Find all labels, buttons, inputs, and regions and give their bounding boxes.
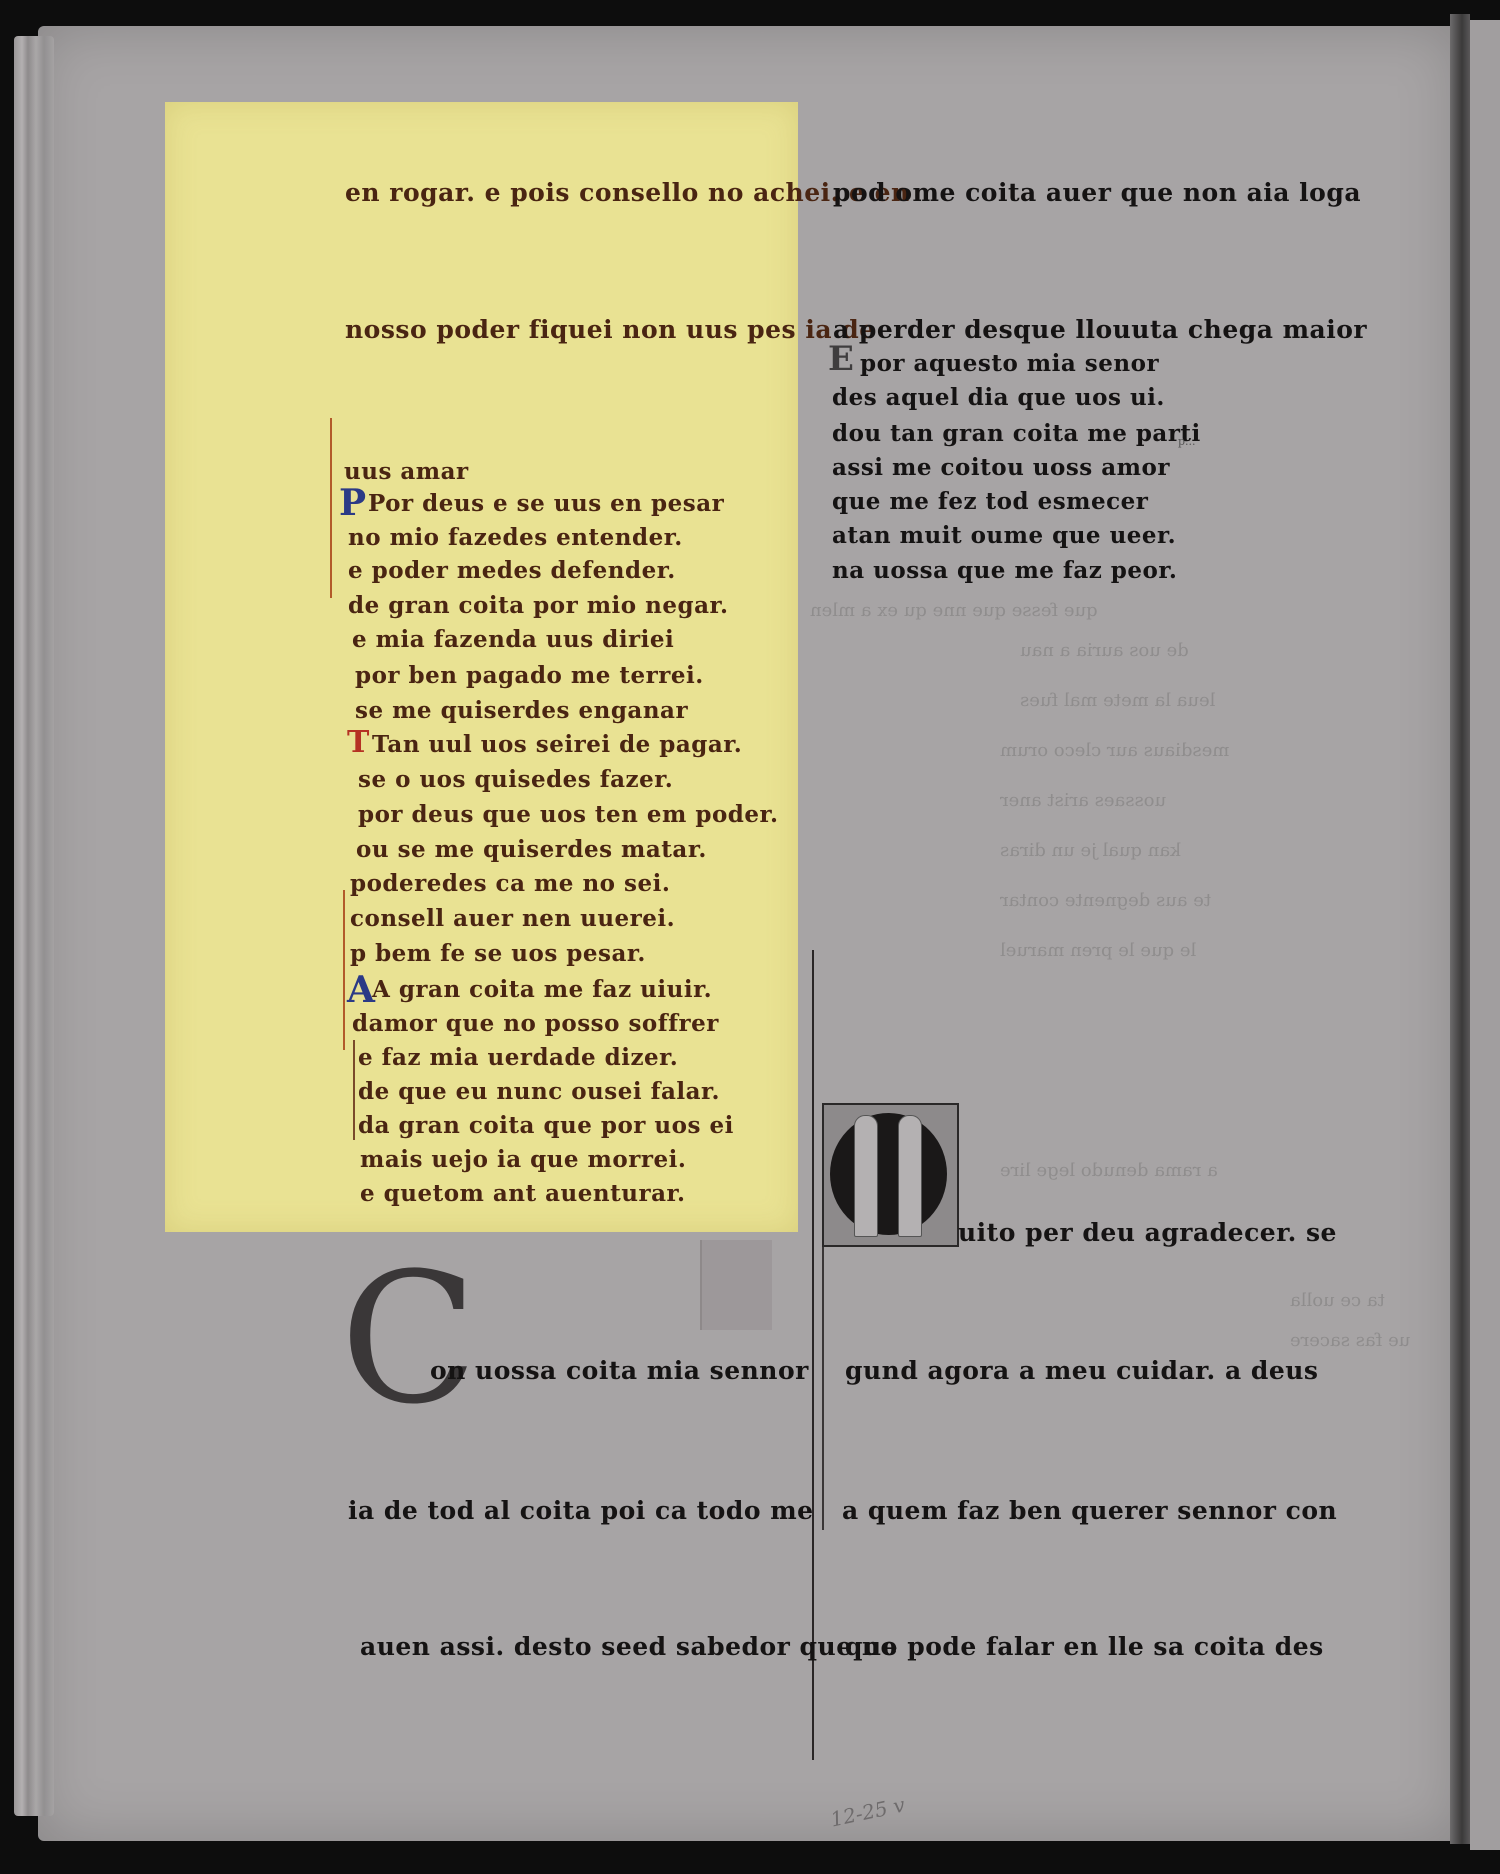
stanza-line: se me quiserdes enganar	[355, 697, 688, 724]
stanza-line: mais uejo ia que morrei.	[360, 1146, 686, 1173]
right-text-line-3: uito per deu agradecer. se	[958, 1218, 1337, 1247]
right-text-line-1: pod ome coita auer que non aia loga	[833, 178, 1361, 207]
left-text-line-3: on uossa coita mia sennor	[430, 1356, 809, 1385]
faded-initial	[700, 1240, 772, 1330]
right-text-line-5: a quem faz ben querer sennor con	[842, 1496, 1337, 1525]
initial-P: P	[339, 485, 366, 521]
stanza-line: de gran coita por mio negar.	[348, 592, 729, 619]
stanza-line: na uossa que me faz peor.	[832, 557, 1177, 584]
stanza-line: no mio fazedes entender.	[348, 524, 683, 551]
stanza-line: poderedes ca me no sei.	[350, 870, 670, 897]
initial-chain-flourish	[822, 1230, 824, 1530]
stanza-line: por ben pagado me terrei.	[355, 662, 704, 689]
left-text-line-2: nosso poder fiquei non uus pes ia de	[345, 315, 876, 344]
left-text-line-5: auen assi. desto seed sabedor que no	[360, 1632, 898, 1661]
binding-gutter	[1450, 14, 1470, 1844]
stanza-line: A gran coita me faz uiuir.	[372, 976, 712, 1003]
stanza-line: e quetom ant auenturar.	[360, 1180, 686, 1207]
stanza-line: e poder medes defender.	[348, 557, 676, 584]
margin-note: p...	[1178, 435, 1196, 448]
pen-flourish-red	[330, 418, 332, 598]
right-text-line-2: a perder desque llouuta chega maior	[833, 315, 1367, 344]
stanza-line: des aquel dia que uos ui.	[832, 384, 1165, 411]
left-text-line-4: ia de tod al coita poi ca todo me	[348, 1496, 814, 1525]
initial-T: T	[347, 728, 369, 758]
stanza-line: e faz mia uerdade dizer.	[358, 1044, 678, 1071]
stanza-line: dou tan gran coita me parti	[832, 420, 1201, 447]
initial-disc	[830, 1113, 947, 1235]
stanza-line: de que eu nunc ousei falar.	[358, 1078, 720, 1105]
right-text-line-6: que pode falar en lle sa coita des	[845, 1632, 1324, 1661]
illuminated-initial-M	[822, 1103, 959, 1247]
stanza-line: da gran coita que por uos ei	[358, 1112, 734, 1139]
stanza-line: ou se me quiserdes matar.	[356, 836, 707, 863]
stanza-line: Por deus e se uus en pesar	[368, 490, 724, 517]
initial-stem-right	[898, 1115, 922, 1237]
stanza-line: assi me coitou uoss amor	[832, 454, 1170, 481]
stanza-line: p bem fe se uos pesar.	[350, 940, 646, 967]
initial-stem-left	[854, 1115, 878, 1237]
page-stack-edges	[14, 36, 54, 1816]
stanza-line: Tan uul uos seirei de pagar.	[372, 731, 742, 758]
right-text-line-4: gund agora a meu cuidar. a deus	[845, 1356, 1318, 1385]
initial-C: C	[340, 1250, 478, 1430]
stanza-line: por aquesto mia senor	[860, 350, 1159, 377]
facing-page-edge	[1470, 20, 1500, 1850]
stanza-line: consell auer nen uuerei.	[350, 905, 675, 932]
pen-flourish-red-2	[343, 890, 345, 1050]
stanza-rule	[353, 1040, 355, 1140]
stanza-line: e mia fazenda uus diriei	[352, 626, 674, 653]
left-text-line-1: en rogar. e pois consello no achei. e en	[345, 178, 910, 207]
initial-A: A	[347, 972, 375, 1008]
stanza-line: atan muit oume que ueer.	[832, 522, 1176, 549]
stanza-line: que me fez tod esmecer	[832, 488, 1148, 515]
stanza-line: damor que no posso soffrer	[352, 1010, 719, 1037]
stanza-line: uus amar	[344, 458, 469, 485]
stanza-line: se o uos quisedes fazer.	[358, 766, 673, 793]
stanza-line: por deus que uos ten em poder.	[358, 801, 779, 828]
initial-E: E	[828, 342, 854, 376]
